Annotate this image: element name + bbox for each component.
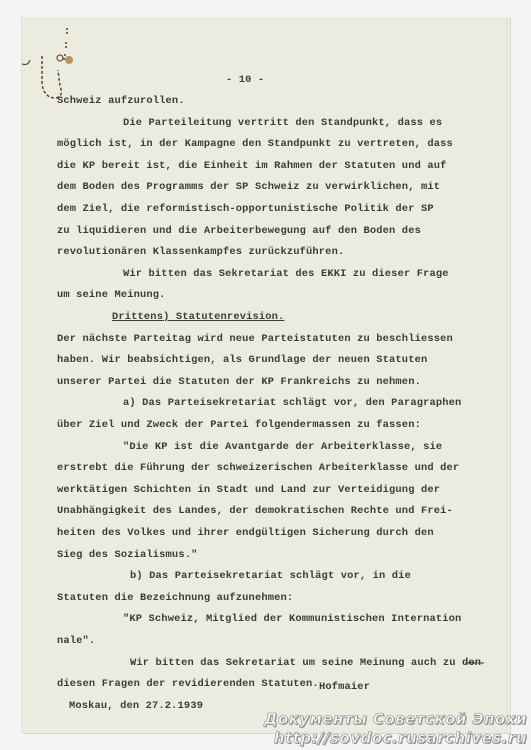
- text-line: "Die KP ist die Avantgarde der Arbeiterk…: [123, 441, 442, 453]
- text-line: diesen Fragen der revidierenden Statuten…: [57, 678, 319, 690]
- watermark-url: http://sovdoc.rusarchives.ru: [274, 729, 527, 747]
- text-line: Wir bitten das Sekretariat um seine Mein…: [130, 657, 481, 669]
- text-line: werktätigen Schichten in Stadt und Land …: [57, 484, 440, 496]
- section-heading: Drittens) Statutenrevision.: [112, 311, 284, 323]
- text-line: Sieg des Sozialismus.": [57, 549, 197, 561]
- text-line: Unabhängigkeit des Landes, der demokrati…: [57, 505, 453, 517]
- page-number: - 10 -: [226, 74, 264, 86]
- text-line: erstrebt die Führung der schweizerischen…: [57, 462, 459, 474]
- page-edge: [506, 17, 510, 733]
- text-line: Der nächste Parteitag wird neue Parteist…: [57, 333, 453, 345]
- text-line: Die Parteileitung vertritt den Standpunk…: [123, 117, 442, 129]
- text-line: über Ziel und Zweck der Partei folgender…: [57, 419, 421, 431]
- text-line: nale".: [57, 635, 95, 647]
- text-line: zu liquidieren und die Arbeiterbewegung …: [57, 225, 421, 237]
- text-line: a) Das Parteisekretariat schlägt vor, de…: [123, 397, 461, 409]
- text-line: möglich ist, in der Kampagne den Standpu…: [57, 138, 453, 150]
- text-line: Schweiz aufzurollen.: [57, 95, 185, 107]
- signature: Hofmaier: [319, 681, 370, 693]
- text-line: dem Boden des Programms der SP Schweiz z…: [57, 181, 440, 193]
- text-line: heiten des Volkes und ihrer endgültigen …: [57, 527, 434, 539]
- text-line: haben. Wir beabsichtigen, als Grundlage …: [57, 354, 427, 366]
- text-line: "KP Schweiz, Mitglied der Kommunistische…: [123, 613, 461, 625]
- watermark-title: Документы Советской Эпохи: [264, 710, 527, 728]
- text-line: dem Ziel, die reformistisch-opportunisti…: [57, 203, 434, 215]
- text-line: die KP bereit ist, die Einheit im Rahmen…: [57, 160, 447, 172]
- text-line: unserer Partei die Statuten der KP Frank…: [57, 376, 421, 388]
- text-line: b) Das Parteisekretariat schlägt vor, in…: [130, 570, 411, 582]
- text-line: um seine Meinung.: [57, 289, 166, 301]
- text-line: revolutionären Klassenkampfes zurückzufü…: [57, 246, 344, 258]
- text-line: Wir bitten das Sekretariat des EKKI zu d…: [123, 268, 449, 280]
- text-line: Moskau, den 27.2.1939: [69, 700, 203, 712]
- text-line: Statuten die Bezeichnung aufzunehmen:: [57, 592, 293, 604]
